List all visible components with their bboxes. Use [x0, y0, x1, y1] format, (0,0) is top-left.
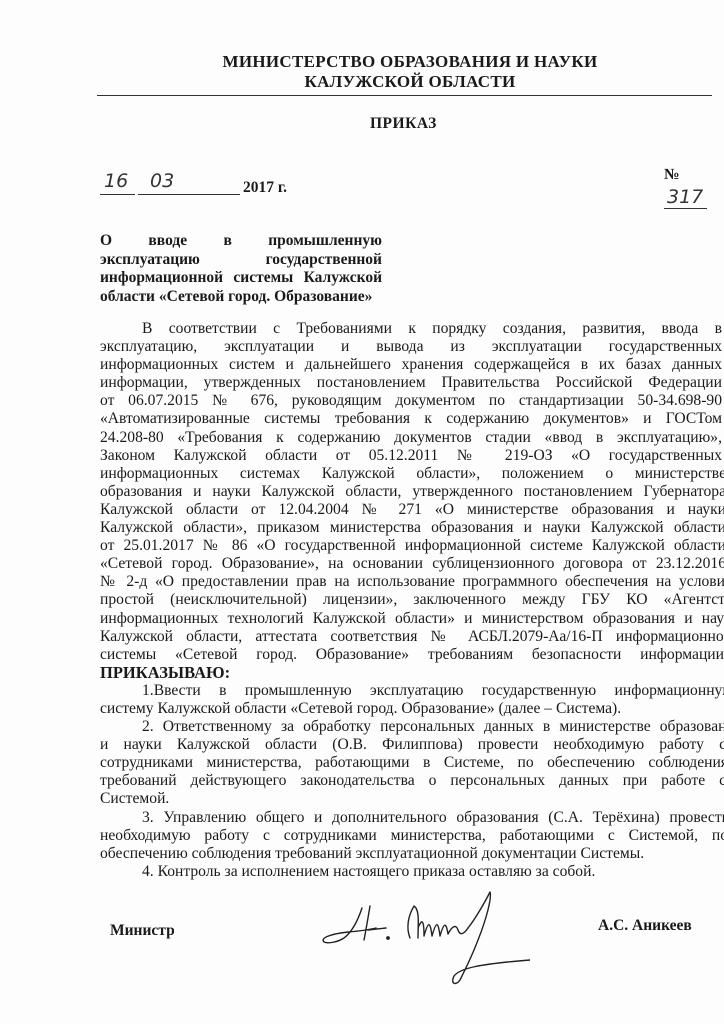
preamble-line: образования и науки Калужской области, у… — [100, 483, 724, 501]
order-number: № 317 — [664, 168, 724, 209]
preamble-line: информационных технологий Калужской обла… — [100, 610, 724, 628]
preamble-line: простой (неисключительной) лицензии», за… — [100, 591, 724, 609]
preamble-line: «Сетевой город. Образование», на основан… — [100, 555, 724, 573]
order-item-3: 3. Управлению общего и дополнительного о… — [100, 809, 724, 863]
subject-line: информационной системы Калужской — [100, 269, 382, 288]
item-line: и науки Калужской области (О.В. Филиппов… — [100, 736, 724, 754]
preamble-line: № 2-д «О предоставлении прав на использо… — [100, 573, 724, 591]
handwritten-signature-icon — [300, 880, 530, 995]
header-separator — [97, 95, 712, 96]
item-line: 2. Ответственному за обработку персональ… — [100, 718, 724, 736]
preamble-line: системы «Сетевой город. Образование» тре… — [100, 646, 724, 664]
preamble: В соответствии с Требованиями к порядку … — [100, 320, 724, 664]
order-item-4: 4. Контроль за исполнением настоящего пр… — [100, 863, 724, 881]
order-body: В соответствии с Требованиями к порядку … — [100, 320, 724, 881]
preamble-line: 24.208-80 «Требования к содержанию докум… — [100, 429, 722, 447]
item-line: сотрудниками министерства, работающими в… — [100, 754, 724, 772]
subject-line: эксплуатацию государственной — [100, 251, 382, 270]
number-sign: № — [664, 166, 680, 183]
preamble-line: Законом Калужской области от 05.12.2011 … — [100, 447, 722, 465]
preamble-line: «Автоматизированные системы требования к… — [100, 410, 722, 428]
signatory-name: А.С. Аникеев — [598, 917, 692, 935]
preamble-line: информационных систем и дальнейшего хран… — [100, 356, 722, 374]
item-line: 3. Управлению общего и дополнительного о… — [100, 809, 724, 827]
item-line: обеспечению соблюдения требований эксплу… — [100, 845, 724, 863]
number-value: 317 — [664, 186, 707, 209]
order-subject: О вводе в промышленную эксплуатацию госу… — [100, 232, 382, 306]
preamble-line: от 25.01.2017 № 86 «О государственной ин… — [100, 537, 724, 555]
preamble-line: Калужской области», приказом министерств… — [100, 519, 724, 537]
preamble-line: от 06.07.2015 № 676, руководящим докумен… — [100, 392, 722, 410]
item-line: Системой. — [100, 790, 724, 808]
item-line: 1.Ввести в промышленную эксплуатацию гос… — [100, 682, 724, 700]
date-year: 2017 г. — [243, 179, 287, 197]
signatory-position: Министр — [110, 922, 175, 940]
order-item-1: 1.Ввести в промышленную эксплуатацию гос… — [100, 682, 724, 718]
preamble-line: информации, утвержденных постановлением … — [100, 374, 722, 392]
item-line: требований действующего законодательства… — [100, 772, 724, 790]
date-day: 16 — [104, 170, 128, 192]
order-item-2: 2. Ответственному за обработку персональ… — [100, 718, 724, 808]
preamble-line: Калужской области от 12.04.2004 № 271 «О… — [100, 501, 724, 519]
item-line: систему Калужской области «Сетевой город… — [100, 700, 724, 718]
item-line: необходимую работу с сотрудниками минист… — [100, 827, 724, 845]
preamble-line: информационных системах Калужской област… — [100, 465, 724, 483]
preamble-line: эксплуатацию, эксплуатации и вывода из э… — [100, 338, 722, 356]
date-month: 03 — [150, 170, 174, 192]
date-day-underline — [100, 194, 135, 195]
item-line: 4. Контроль за исполнением настоящего пр… — [100, 863, 724, 881]
preamble-line: В соответствии с Требованиями к порядку … — [100, 320, 722, 338]
subject-line: области «Сетевой город. Образование» — [100, 288, 382, 307]
org-name-line2: КАЛУЖСКОЙ ОБЛАСТИ — [200, 72, 620, 92]
document-type: ПРИКАЗ — [370, 115, 437, 133]
org-name-line1: МИНИСТЕРСТВО ОБРАЗОВАНИЯ И НАУКИ — [200, 52, 620, 72]
subject-line: О вводе в промышленную — [100, 232, 382, 251]
preamble-line: Калужской области, аттестата соответстви… — [100, 628, 724, 646]
date-month-underline — [138, 194, 240, 195]
order-word: ПРИКАЗЫВАЮ: — [100, 664, 724, 682]
